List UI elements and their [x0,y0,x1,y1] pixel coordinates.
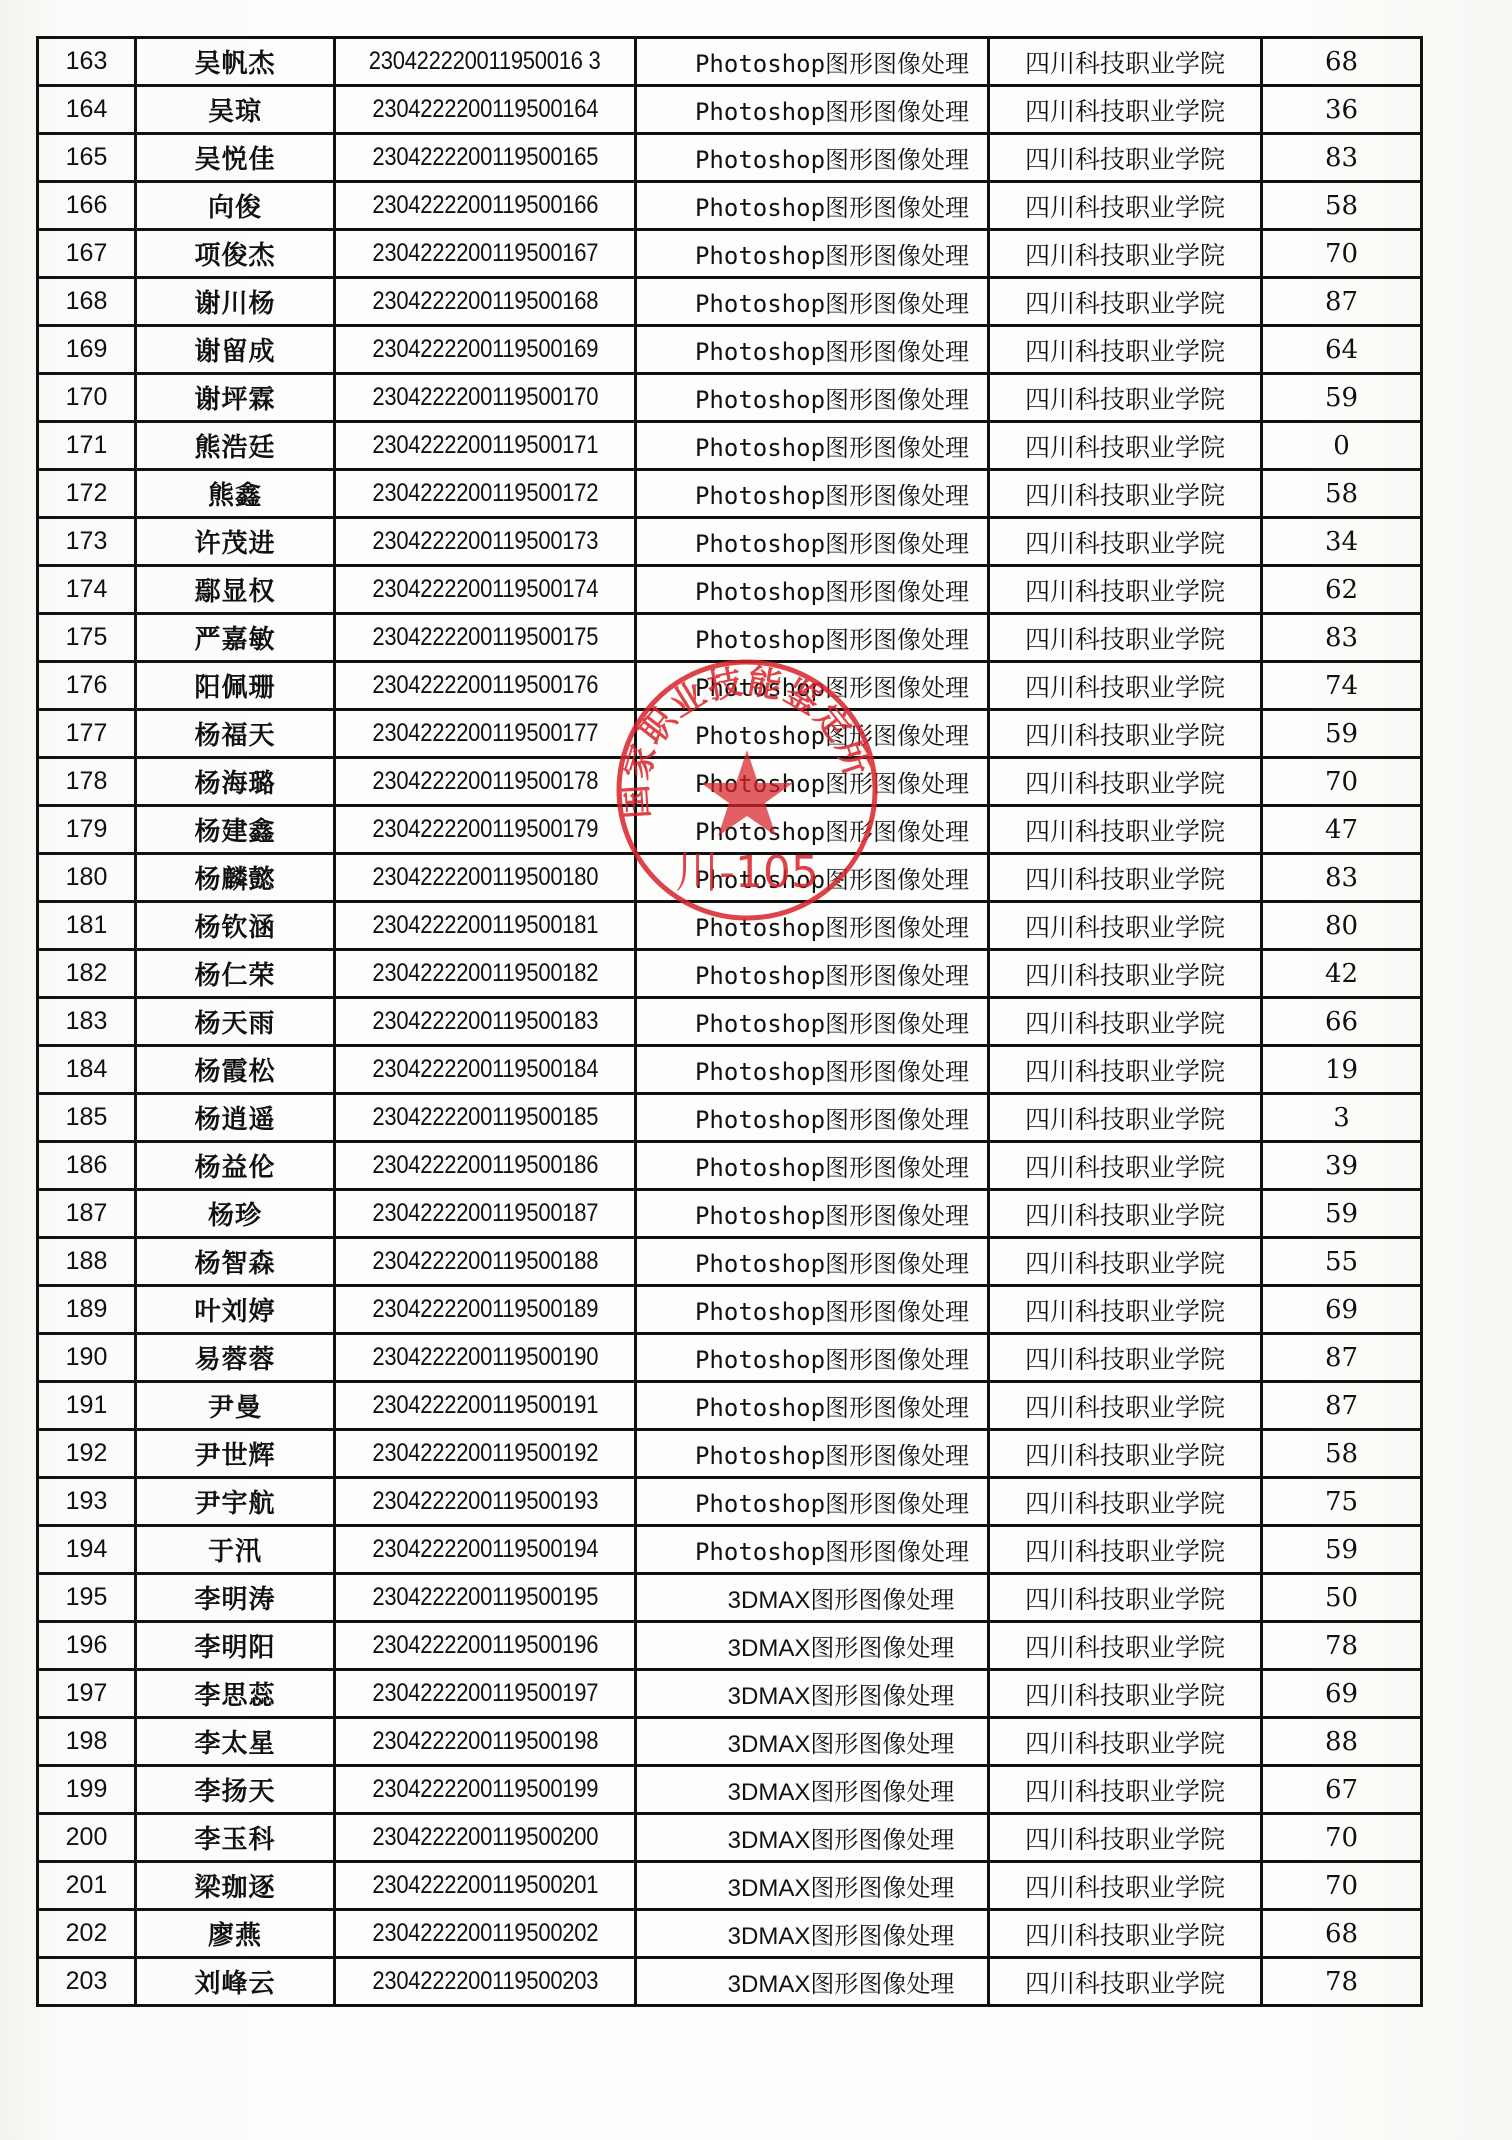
score-cell: 42 [1262,950,1422,998]
course-name-cell: 3DMAX图形图像处理 [636,1814,989,1862]
table-row: 169谢留成2304222200119500169Photoshop图形图像处理… [38,326,1422,374]
student-name-cell: 熊浩廷 [136,422,335,470]
row-number: 188 [66,1247,108,1275]
table-row: 168谢川杨2304222200119500168Photoshop图形图像处理… [38,278,1422,326]
table-row: 182杨仁荣2304222200119500182Photoshop图形图像处理… [38,950,1422,998]
student-name-cell: 尹世辉 [136,1430,335,1478]
score: 0 [1333,431,1350,461]
score-cell: 19 [1262,1046,1422,1094]
score: 83 [1325,863,1358,893]
course-name-cell: Photoshop图形图像处理 [636,1190,989,1238]
course-name: 3DMAX图形图像处理 [670,1724,955,1759]
school-name: 四川科技职业学院 [1025,49,1225,78]
score: 59 [1325,719,1358,749]
score: 3 [1333,1103,1350,1133]
certificate-id-cell: 2304222200119500196 [335,1622,636,1670]
score-cell: 80 [1262,902,1422,950]
score-cell: 36 [1262,86,1422,134]
school-name: 四川科技职业学院 [1025,97,1225,126]
row-number-cell: 171 [38,422,136,470]
table-row: 190易蓉蓉2304222200119500190Photoshop图形图像处理… [38,1334,1422,1382]
table-row: 194于汛2304222200119500194Photoshop图形图像处理四… [38,1526,1422,1574]
score-cell: 68 [1262,38,1422,86]
school-name: 四川科技职业学院 [1025,721,1225,750]
certificate-id: 2304222200119500192 [372,1439,598,1468]
score-cell: 0 [1262,422,1422,470]
row-number-cell: 198 [38,1718,136,1766]
table-row: 173许茂进2304222200119500173Photoshop图形图像处理… [38,518,1422,566]
certificate-id: 2304222200119500193 [372,1487,598,1516]
course-name: 3DMAX图形图像处理 [670,1916,955,1951]
student-name: 叶刘婷 [194,1297,275,1327]
student-name: 杨建鑫 [194,817,275,847]
score: 64 [1325,335,1358,365]
course-name: Photoshop图形图像处理 [655,380,969,415]
course-name: Photoshop图形图像处理 [655,188,969,223]
score-cell: 3 [1262,1094,1422,1142]
row-number-cell: 192 [38,1430,136,1478]
student-name-cell: 杨钦涵 [136,902,335,950]
score-cell: 78 [1262,1958,1422,2006]
student-name: 吴帆杰 [194,49,275,79]
student-name-cell: 谢留成 [136,326,335,374]
student-name: 杨珍 [208,1201,262,1231]
certificate-id: 2304222200119500185 [372,1103,598,1132]
school-name: 四川科技职业学院 [1025,961,1225,990]
score-cell: 78 [1262,1622,1422,1670]
score: 87 [1325,1343,1358,1373]
school-name-cell: 四川科技职业学院 [989,1574,1262,1622]
school-name-cell: 四川科技职业学院 [989,710,1262,758]
row-number-cell: 187 [38,1190,136,1238]
row-number-cell: 193 [38,1478,136,1526]
school-name: 四川科技职业学院 [1025,289,1225,318]
row-number-cell: 166 [38,182,136,230]
school-name-cell: 四川科技职业学院 [989,1238,1262,1286]
certificate-id: 2304222200119500198 [372,1727,598,1756]
student-name: 向俊 [208,193,262,223]
table-row: 176阳佩珊2304222200119500176Photoshop图形图像处理… [38,662,1422,710]
score-cell: 59 [1262,1190,1422,1238]
course-name: Photoshop图形图像处理 [655,1196,969,1231]
table-row: 195李明涛23042222001195001953DMAX图形图像处理四川科技… [38,1574,1422,1622]
certificate-id-cell: 2304222200119500185 [335,1094,636,1142]
course-name: Photoshop图形图像处理 [655,236,969,271]
row-number: 187 [66,1199,108,1227]
row-number: 200 [66,1823,108,1851]
row-number-cell: 168 [38,278,136,326]
certificate-id: 2304222200119500202 [372,1919,598,1948]
certificate-id: 2304222200119500203 [372,1967,598,1996]
table-row: 177杨福天2304222200119500177Photoshop图形图像处理… [38,710,1422,758]
table-row: 192尹世辉2304222200119500192Photoshop图形图像处理… [38,1430,1422,1478]
certificate-id-cell: 2304222200119500188 [335,1238,636,1286]
score-cell: 64 [1262,326,1422,374]
row-number: 182 [66,959,108,987]
certificate-id-cell: 2304222200119500198 [335,1718,636,1766]
certificate-id: 2304222200119500176 [372,671,598,700]
row-number: 178 [66,767,108,795]
row-number: 184 [66,1055,108,1083]
score-cell: 58 [1262,182,1422,230]
course-name-cell: Photoshop图形图像处理 [636,1478,989,1526]
school-name-cell: 四川科技职业学院 [989,422,1262,470]
school-name: 四川科技职业学院 [1025,1297,1225,1326]
certificate-id-cell: 2304222200119500167 [335,230,636,278]
course-name-cell: Photoshop图形图像处理 [636,710,989,758]
student-name-cell: 杨福天 [136,710,335,758]
row-number: 179 [66,815,108,843]
student-name-cell: 杨珍 [136,1190,335,1238]
school-name: 四川科技职业学院 [1025,1153,1225,1182]
school-name-cell: 四川科技职业学院 [989,902,1262,950]
certificate-id: 2304222200119500168 [372,287,598,316]
course-name: Photoshop图形图像处理 [655,1004,969,1039]
table-row: 198李太星23042222001195001983DMAX图形图像处理四川科技… [38,1718,1422,1766]
student-name: 易蓉蓉 [194,1345,275,1375]
row-number-cell: 179 [38,806,136,854]
score-cell: 69 [1262,1670,1422,1718]
certificate-id: 2304222200119500178 [372,767,598,796]
row-number: 201 [66,1871,108,1899]
certificate-id: 2304222200119500172 [372,479,598,508]
course-name-cell: Photoshop图形图像处理 [636,806,989,854]
certificate-id-cell: 2304222200119500202 [335,1910,636,1958]
certificate-id-cell: 2304222200119500172 [335,470,636,518]
row-number: 163 [66,47,108,75]
course-name-cell: Photoshop图形图像处理 [636,422,989,470]
school-name-cell: 四川科技职业学院 [989,1334,1262,1382]
student-name-cell: 鄢显权 [136,566,335,614]
row-number: 197 [66,1679,108,1707]
certificate-id: 2304222200119500187 [372,1199,598,1228]
score: 69 [1325,1295,1358,1325]
course-name-cell: Photoshop图形图像处理 [636,758,989,806]
student-name-cell: 尹宇航 [136,1478,335,1526]
course-name-cell: Photoshop图形图像处理 [636,1382,989,1430]
certificate-id-cell: 2304222200119500201 [335,1862,636,1910]
certificate-id: 2304222200119500191 [372,1391,598,1420]
student-name-cell: 杨逍遥 [136,1094,335,1142]
school-name: 四川科技职业学院 [1025,913,1225,942]
certificate-id: 2304222200119500199 [372,1775,598,1804]
student-name-cell: 梁珈逐 [136,1862,335,1910]
course-name: Photoshop图形图像处理 [655,284,969,319]
school-name: 四川科技职业学院 [1025,1441,1225,1470]
table-row: 188杨智森2304222200119500188Photoshop图形图像处理… [38,1238,1422,1286]
score: 42 [1325,959,1358,989]
row-number-cell: 181 [38,902,136,950]
row-number-cell: 186 [38,1142,136,1190]
table-row: 183杨天雨2304222200119500183Photoshop图形图像处理… [38,998,1422,1046]
table-row: 179杨建鑫2304222200119500179Photoshop图形图像处理… [38,806,1422,854]
certificate-id-cell: 2304222200119500193 [335,1478,636,1526]
student-name: 吴琼 [208,97,262,127]
row-number: 185 [66,1103,108,1131]
row-number-cell: 199 [38,1766,136,1814]
course-name: Photoshop图形图像处理 [655,44,969,79]
certificate-id-cell: 2304222200119500177 [335,710,636,758]
course-name: Photoshop图形图像处理 [655,764,969,799]
course-name-cell: Photoshop图形图像处理 [636,278,989,326]
row-number-cell: 190 [38,1334,136,1382]
school-name: 四川科技职业学院 [1025,1633,1225,1662]
certificate-id-cell: 2304222200119500192 [335,1430,636,1478]
score: 58 [1325,1439,1358,1469]
school-name: 四川科技职业学院 [1025,625,1225,654]
student-name-cell: 杨海璐 [136,758,335,806]
certificate-id-cell: 2304222200119500197 [335,1670,636,1718]
student-name: 杨益伦 [194,1153,275,1183]
student-name: 许茂进 [194,529,275,559]
school-name-cell: 四川科技职业学院 [989,182,1262,230]
certificate-id: 2304222200119500200 [372,1823,598,1852]
certificate-id-cell: 2304222200119500180 [335,854,636,902]
student-name: 杨霞松 [194,1057,275,1087]
table-row: 202廖燕23042222001195002023DMAX图形图像处理四川科技职… [38,1910,1422,1958]
student-name-cell: 于汛 [136,1526,335,1574]
school-name: 四川科技职业学院 [1025,385,1225,414]
score-cell: 87 [1262,1382,1422,1430]
certificate-id-cell: 2304222200119500191 [335,1382,636,1430]
row-number: 198 [66,1727,108,1755]
student-name: 尹世辉 [194,1441,275,1471]
row-number: 167 [66,239,108,267]
school-name-cell: 四川科技职业学院 [989,278,1262,326]
course-name-cell: Photoshop图形图像处理 [636,1286,989,1334]
certificate-id-cell: 2304222200119500195 [335,1574,636,1622]
certificate-id-cell: 2304222200119500165 [335,134,636,182]
course-name: Photoshop图形图像处理 [655,1436,969,1471]
course-name-cell: 3DMAX图形图像处理 [636,1574,989,1622]
school-name-cell: 四川科技职业学院 [989,1430,1262,1478]
score: 39 [1325,1151,1358,1181]
school-name-cell: 四川科技职业学院 [989,662,1262,710]
score: 59 [1325,383,1358,413]
course-name-cell: Photoshop图形图像处理 [636,662,989,710]
certificate-id-cell: 2304222200119500175 [335,614,636,662]
school-name-cell: 四川科技职业学院 [989,1094,1262,1142]
school-name: 四川科技职业学院 [1025,1009,1225,1038]
school-name-cell: 四川科技职业学院 [989,86,1262,134]
course-name-cell: Photoshop图形图像处理 [636,854,989,902]
student-name-cell: 吴悦佳 [136,134,335,182]
certificate-id: 230422220011950016 3 [369,47,601,76]
row-number: 174 [66,575,108,603]
course-name: 3DMAX图形图像处理 [670,1580,955,1615]
row-number-cell: 200 [38,1814,136,1862]
school-name: 四川科技职业学院 [1025,193,1225,222]
table-row: 203刘峰云23042222001195002033DMAX图形图像处理四川科技… [38,1958,1422,2006]
row-number: 202 [66,1919,108,1947]
student-name: 尹曼 [208,1393,262,1423]
course-name: Photoshop图形图像处理 [655,1148,969,1183]
course-name-cell: Photoshop图形图像处理 [636,566,989,614]
row-number-cell: 191 [38,1382,136,1430]
student-name-cell: 杨麟懿 [136,854,335,902]
student-name: 鄢显权 [194,577,275,607]
school-name-cell: 四川科技职业学院 [989,1382,1262,1430]
school-name-cell: 四川科技职业学院 [989,1958,1262,2006]
certificate-id-cell: 2304222200119500182 [335,950,636,998]
school-name: 四川科技职业学院 [1025,1489,1225,1518]
school-name: 四川科技职业学院 [1025,1345,1225,1374]
course-name-cell: Photoshop图形图像处理 [636,1238,989,1286]
student-name-cell: 阳佩珊 [136,662,335,710]
course-name-cell: Photoshop图形图像处理 [636,1430,989,1478]
table-row: 196李明阳23042222001195001963DMAX图形图像处理四川科技… [38,1622,1422,1670]
table-row: 170谢坪霖2304222200119500170Photoshop图形图像处理… [38,374,1422,422]
certificate-id-cell: 2304222200119500199 [335,1766,636,1814]
table-row: 189叶刘婷2304222200119500189Photoshop图形图像处理… [38,1286,1422,1334]
row-number: 190 [66,1343,108,1371]
school-name-cell: 四川科技职业学院 [989,1478,1262,1526]
score-cell: 62 [1262,566,1422,614]
course-name-cell: 3DMAX图形图像处理 [636,1718,989,1766]
score: 68 [1325,1919,1358,1949]
score: 80 [1325,911,1358,941]
student-name: 廖燕 [208,1921,262,1951]
student-name: 谢川杨 [194,289,275,319]
score: 74 [1325,671,1358,701]
student-name: 杨天雨 [194,1009,275,1039]
course-name-cell: Photoshop图形图像处理 [636,1334,989,1382]
score: 67 [1325,1775,1358,1805]
school-name: 四川科技职业学院 [1025,481,1225,510]
certificate-id-cell: 2304222200119500203 [335,1958,636,2006]
row-number: 166 [66,191,108,219]
student-name: 梁珈逐 [194,1873,275,1903]
course-name: 3DMAX图形图像处理 [670,1676,955,1711]
student-name: 刘峰云 [194,1969,275,1999]
certificate-id: 2304222200119500196 [372,1631,598,1660]
score: 78 [1325,1631,1358,1661]
student-name: 李明阳 [194,1633,275,1663]
row-number: 172 [66,479,108,507]
table-row: 171熊浩廷2304222200119500171Photoshop图形图像处理… [38,422,1422,470]
score: 58 [1325,479,1358,509]
certificate-id: 2304222200119500194 [372,1535,598,1564]
row-number-cell: 202 [38,1910,136,1958]
student-name-cell: 严嘉敏 [136,614,335,662]
school-name-cell: 四川科技职业学院 [989,1190,1262,1238]
row-number-cell: 183 [38,998,136,1046]
score: 58 [1325,191,1358,221]
score-cell: 70 [1262,230,1422,278]
row-number-cell: 174 [38,566,136,614]
row-number-cell: 173 [38,518,136,566]
table-row: 199李扬天23042222001195001993DMAX图形图像处理四川科技… [38,1766,1422,1814]
student-name: 阳佩珊 [194,673,275,703]
course-name: 3DMAX图形图像处理 [670,1820,955,1855]
school-name: 四川科技职业学院 [1025,1729,1225,1758]
score-cell: 67 [1262,1766,1422,1814]
score: 87 [1325,1391,1358,1421]
certificate-id-cell: 2304222200119500190 [335,1334,636,1382]
certificate-id: 2304222200119500171 [372,431,598,460]
course-name: Photoshop图形图像处理 [655,716,969,751]
score: 70 [1325,239,1358,269]
row-number: 170 [66,383,108,411]
score: 87 [1325,287,1358,317]
score-cell: 70 [1262,1862,1422,1910]
school-name-cell: 四川科技职业学院 [989,1766,1262,1814]
course-name-cell: Photoshop图形图像处理 [636,86,989,134]
score-cell: 66 [1262,998,1422,1046]
certificate-id-cell: 2304222200119500184 [335,1046,636,1094]
school-name-cell: 四川科技职业学院 [989,38,1262,86]
certificate-id-cell: 2304222200119500181 [335,902,636,950]
certificate-id: 2304222200119500183 [372,1007,598,1036]
course-name: Photoshop图形图像处理 [655,956,969,991]
school-name-cell: 四川科技职业学院 [989,1622,1262,1670]
row-number-cell: 176 [38,662,136,710]
score: 59 [1325,1199,1358,1229]
score-cell: 87 [1262,278,1422,326]
course-name: Photoshop图形图像处理 [655,1100,969,1135]
certificate-id-cell: 2304222200119500187 [335,1190,636,1238]
school-name-cell: 四川科技职业学院 [989,758,1262,806]
student-name: 吴悦佳 [194,145,275,175]
score: 55 [1325,1247,1358,1277]
course-name: 3DMAX图形图像处理 [670,1772,955,1807]
score-cell: 34 [1262,518,1422,566]
score-table: 163吴帆杰230422220011950016 3Photoshop图形图像处… [36,36,1423,2007]
table-row: 191尹曼2304222200119500191Photoshop图形图像处理四… [38,1382,1422,1430]
certificate-id-cell: 2304222200119500176 [335,662,636,710]
school-name-cell: 四川科技职业学院 [989,1046,1262,1094]
row-number-cell: 188 [38,1238,136,1286]
student-name: 严嘉敏 [194,625,275,655]
certificate-id: 2304222200119500180 [372,863,598,892]
course-name: Photoshop图形图像处理 [655,860,969,895]
score: 68 [1325,47,1358,77]
course-name-cell: Photoshop图形图像处理 [636,374,989,422]
score: 69 [1325,1679,1358,1709]
table-row: 187杨珍2304222200119500187Photoshop图形图像处理四… [38,1190,1422,1238]
row-number: 203 [66,1967,108,1995]
course-name-cell: 3DMAX图形图像处理 [636,1622,989,1670]
row-number-cell: 189 [38,1286,136,1334]
row-number-cell: 172 [38,470,136,518]
course-name: Photoshop图形图像处理 [655,572,969,607]
school-name-cell: 四川科技职业学院 [989,470,1262,518]
certificate-id-cell: 2304222200119500186 [335,1142,636,1190]
table-row: 175严嘉敏2304222200119500175Photoshop图形图像处理… [38,614,1422,662]
row-number: 183 [66,1007,108,1035]
school-name: 四川科技职业学院 [1025,1585,1225,1614]
student-name-cell: 尹曼 [136,1382,335,1430]
student-name-cell: 许茂进 [136,518,335,566]
school-name: 四川科技职业学院 [1025,1681,1225,1710]
school-name-cell: 四川科技职业学院 [989,854,1262,902]
school-name: 四川科技职业学院 [1025,1969,1225,1998]
course-name-cell: Photoshop图形图像处理 [636,1046,989,1094]
school-name-cell: 四川科技职业学院 [989,1910,1262,1958]
score: 50 [1325,1583,1358,1613]
school-name-cell: 四川科技职业学院 [989,998,1262,1046]
school-name-cell: 四川科技职业学院 [989,518,1262,566]
score: 70 [1325,1823,1358,1853]
row-number: 196 [66,1631,108,1659]
course-name: Photoshop图形图像处理 [655,1484,969,1519]
table-row: 185杨逍遥2304222200119500185Photoshop图形图像处理… [38,1094,1422,1142]
course-name-cell: 3DMAX图形图像处理 [636,1910,989,1958]
student-name: 项俊杰 [194,241,275,271]
school-name-cell: 四川科技职业学院 [989,950,1262,998]
student-name-cell: 杨霞松 [136,1046,335,1094]
student-name: 谢坪霖 [194,385,275,415]
